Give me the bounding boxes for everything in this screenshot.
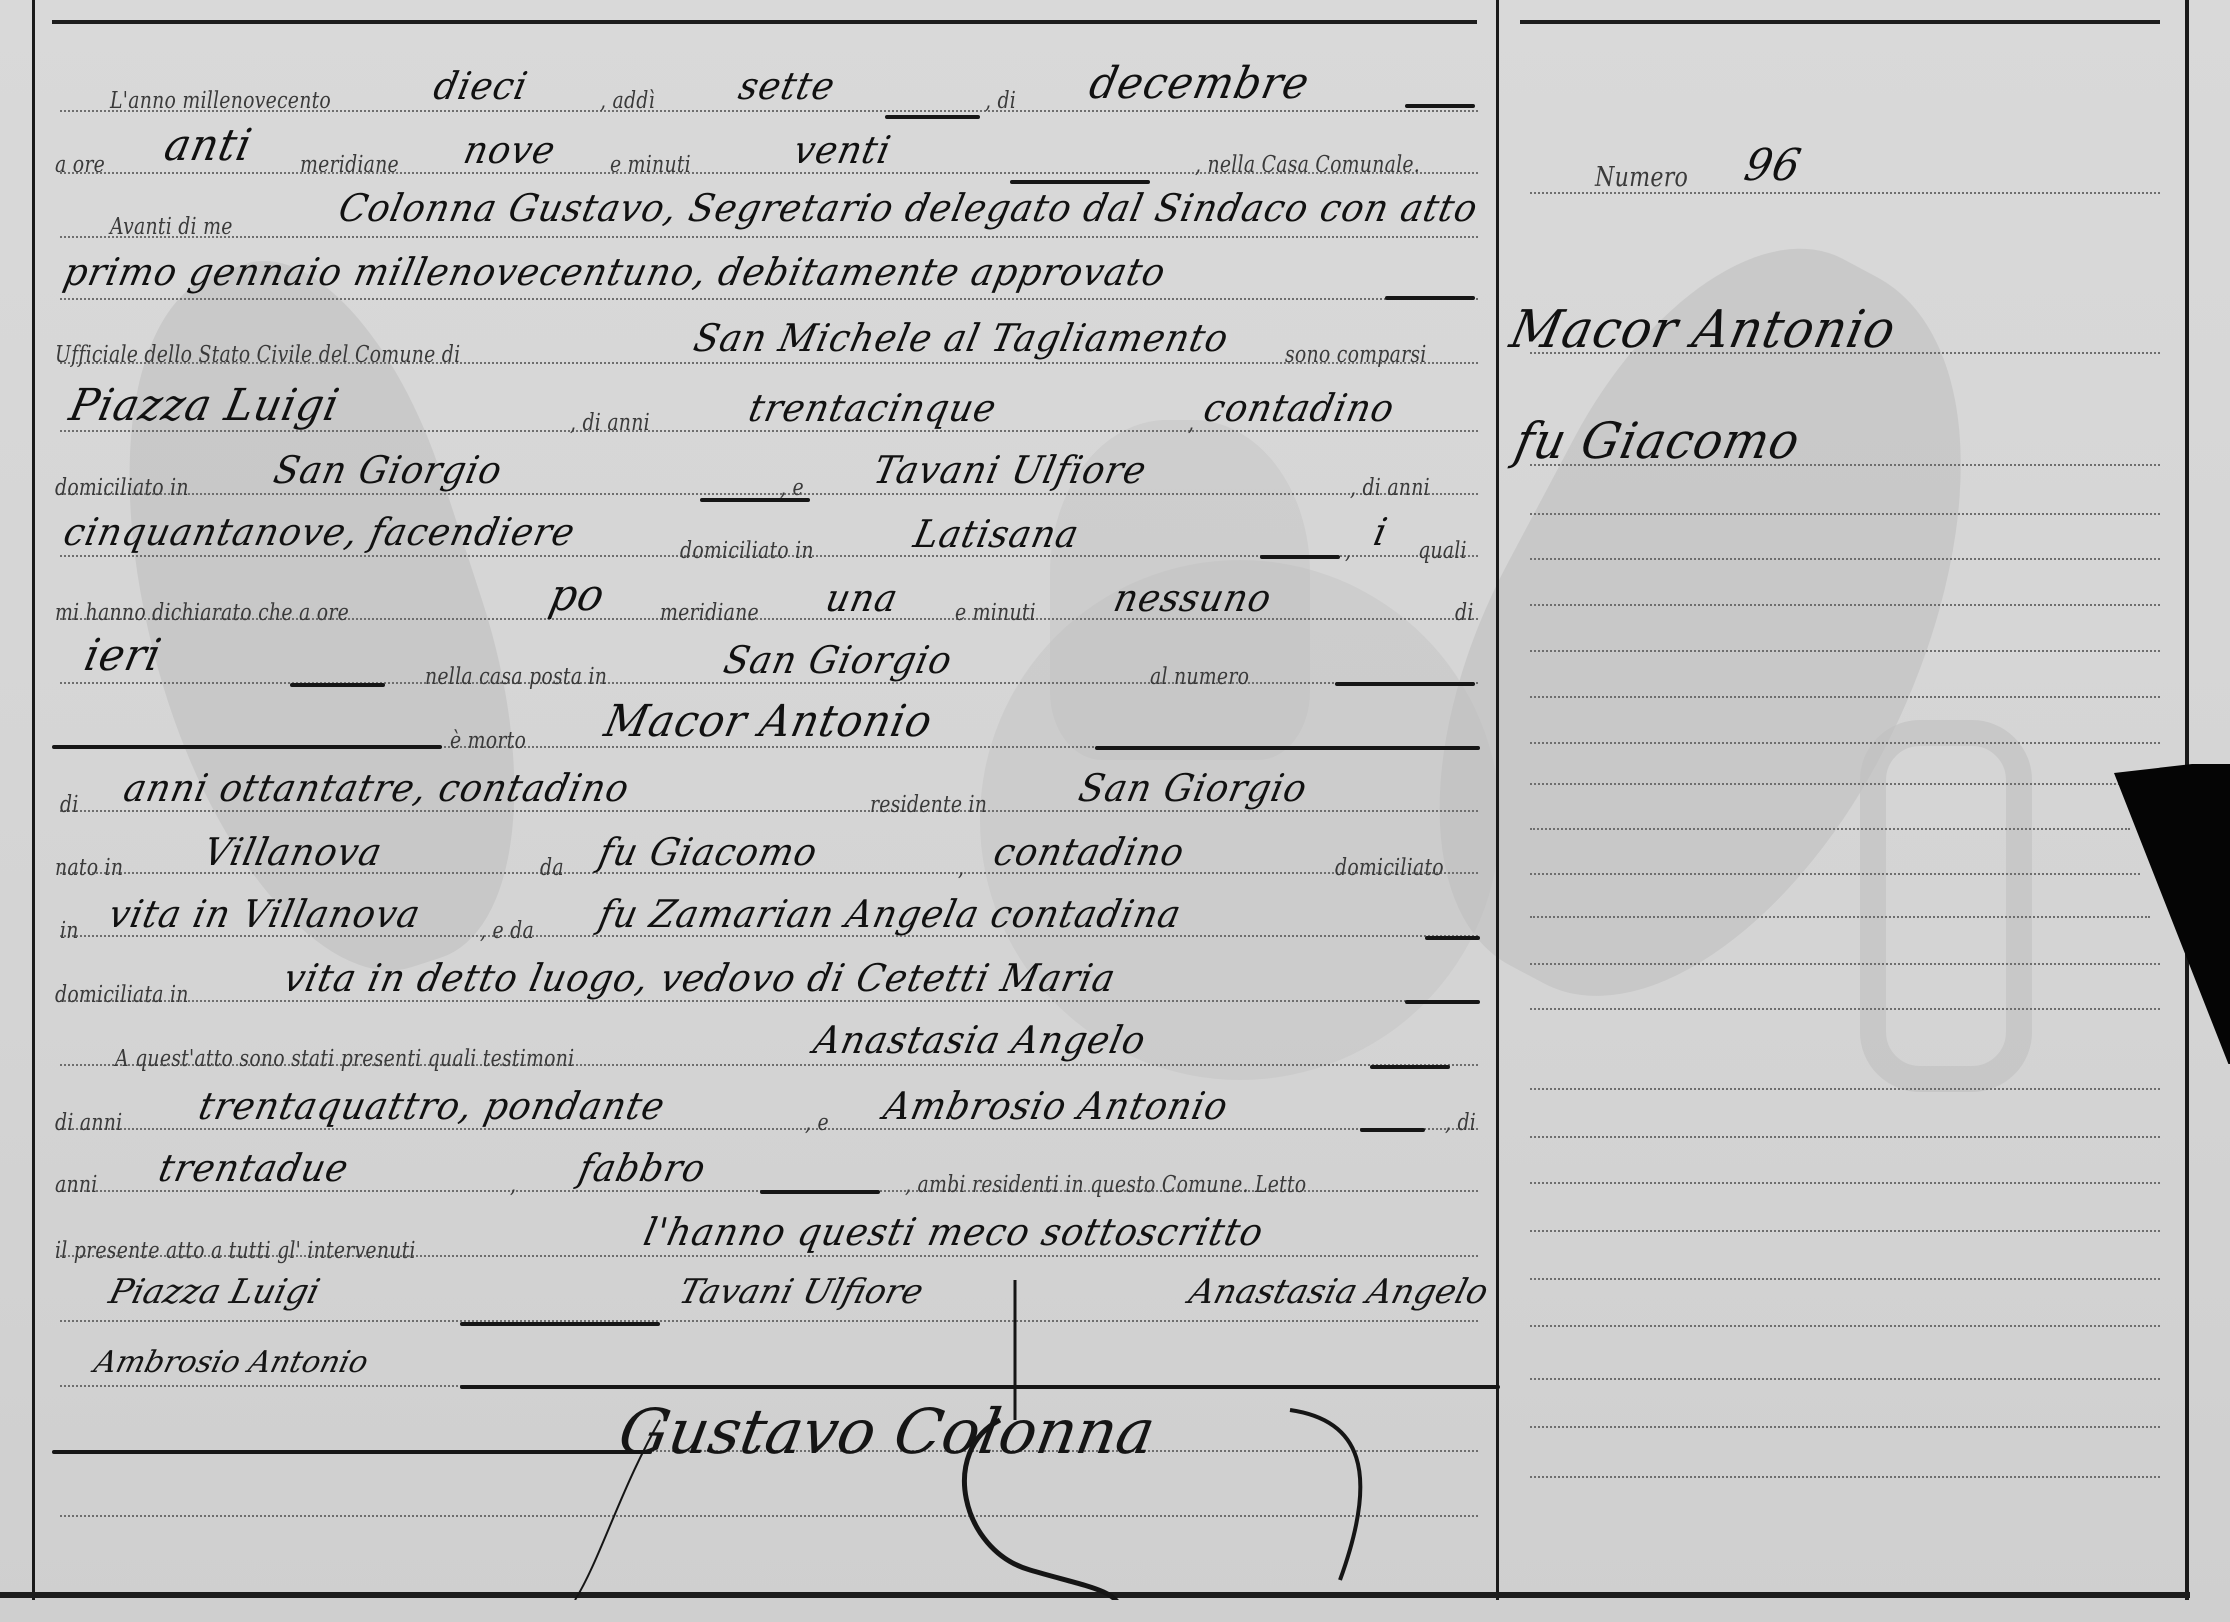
- label-e-morto: è morto: [450, 728, 526, 754]
- hw-declarant-1-place: San Giorgio: [270, 448, 507, 492]
- label-di-2: di: [1455, 600, 1474, 626]
- label-avanti-di-me: Avanti di me: [110, 214, 233, 240]
- label-casa-comunale: , nella Casa Comunale.: [1195, 152, 1420, 178]
- label-testimoni: A quest'atto sono stati presenti quali t…: [115, 1046, 574, 1072]
- hw-year: dieci: [430, 64, 532, 108]
- record-number: 96: [1740, 140, 1806, 191]
- label-di-3: di: [60, 792, 79, 818]
- hw-day: sette: [735, 64, 839, 108]
- label-e-minuti: e minuti: [610, 152, 691, 178]
- hw-mother: fu Zamarian Angela contadina: [595, 892, 1185, 936]
- label-quali: quali: [1418, 538, 1467, 564]
- hw-declarant-2-age-job: cinquantanove, facendiere: [60, 510, 579, 554]
- signature-declarant-1: Piazza Luigi: [105, 1272, 324, 1312]
- signature-flourish: [560, 1270, 1460, 1600]
- hw-declarant-1-job: contadino: [1200, 386, 1399, 430]
- label-di: , di: [985, 88, 1016, 114]
- hw-declarant-1-age: trentacinque: [745, 386, 1001, 430]
- label-comma-2: ,: [1345, 538, 1351, 564]
- hw-mother-domicile-spouse: vita in detto luogo, vedovo di Cetetti M…: [280, 956, 1120, 1000]
- hw-delegation-date: primo gennaio millenovecentuno, debitame…: [60, 250, 1170, 294]
- hw-anti: anti: [160, 120, 257, 171]
- label-di-anni-3: di anni: [55, 1110, 122, 1136]
- label-da: da: [540, 855, 564, 881]
- label-dichiarato: mi hanno dichiarato che a ore: [55, 600, 349, 626]
- label-domiciliato-in: domiciliato in: [55, 475, 189, 501]
- hw-witness-2: Ambrosio Antonio: [880, 1084, 1232, 1128]
- hw-month: decembre: [1085, 58, 1314, 109]
- label-domiciliata-in: domiciliata in: [55, 982, 189, 1008]
- label-ambi-residenti: , ambi residenti in questo Comune. Letto: [905, 1172, 1306, 1198]
- hw-death-place: San Giorgio: [720, 638, 957, 682]
- hw-sottoscritto: l'hanno questi meco sottoscritto: [640, 1210, 1268, 1254]
- hw-declarant-1: Piazza Luigi: [65, 380, 344, 431]
- hw-po: po: [545, 570, 610, 621]
- hw-comune: San Michele al Tagliamento: [690, 316, 1233, 360]
- label-comma-4: ,: [510, 1172, 516, 1198]
- hw-deceased-name: Macor Antonio: [600, 696, 937, 747]
- label-anno: L'anno millenovecento: [110, 88, 331, 114]
- binder-clip: [2114, 764, 2230, 1064]
- label-e-da: , e da: [480, 918, 534, 944]
- label-in: in: [60, 918, 79, 944]
- label-ufficiale: Ufficiale dello Stato Civile del Comune …: [55, 342, 460, 368]
- hw-residence: San Giorgio: [1075, 766, 1312, 810]
- label-di-4: , di: [1445, 1110, 1476, 1136]
- margin-father-name: fu Giacomo: [1510, 412, 1805, 470]
- label-domiciliato-2: domiciliato: [1335, 855, 1444, 881]
- hw-minutes: venti: [790, 128, 895, 172]
- label-e: , e: [780, 475, 804, 501]
- label-nato-in: nato in: [55, 855, 123, 881]
- label-di-anni: , di anni: [570, 410, 650, 436]
- label-addi: , addì: [600, 88, 655, 114]
- label-residente-in: residente in: [870, 792, 987, 818]
- hw-witness-2-age: trentadue: [155, 1146, 353, 1190]
- label-domiciliato-in-2: domiciliato in: [680, 538, 814, 564]
- hw-birthplace: Villanova: [200, 830, 386, 874]
- label-numero: Numero: [1595, 162, 1688, 193]
- hw-deceased-age-job: anni ottantatre, contadino: [120, 766, 634, 810]
- label-presente-atto: il presente atto a tutti gl' intervenuti: [55, 1238, 416, 1264]
- hw-witness-2-job: fabbro: [575, 1146, 710, 1190]
- hw-declarant-2: Tavani Ulfiore: [870, 448, 1151, 492]
- watermark-lion-tail: [1860, 720, 2032, 1092]
- hw-father-job: contadino: [990, 830, 1189, 874]
- document-page: L'anno millenovecento dieci , addì sette…: [0, 0, 2230, 1622]
- label-meridiane-2: meridiane: [660, 600, 759, 626]
- label-comma-3: ,: [958, 855, 964, 881]
- label-e-minuti-2: e minuti: [955, 600, 1036, 626]
- top-rule-right: [1520, 20, 2160, 24]
- hw-death-hour: una: [822, 576, 902, 620]
- label-casa-posta-in: nella casa posta in: [425, 664, 607, 690]
- hw-ieri: ieri: [80, 630, 166, 681]
- hw-father: fu Giacomo: [595, 830, 822, 874]
- top-rule-left: [52, 20, 1477, 24]
- hw-father-domicile: vita in Villanova: [105, 892, 425, 936]
- column-divider: [1496, 0, 1499, 1600]
- margin-deceased-name: Macor Antonio: [1505, 300, 1901, 360]
- label-meridiane: meridiane: [300, 152, 399, 178]
- label-comma: ,: [1188, 410, 1194, 436]
- hw-officer-delegation: Colonna Gustavo, Segretario delegato dal…: [335, 186, 1482, 230]
- hw-i: i: [1370, 510, 1392, 554]
- hw-hour: nove: [460, 128, 560, 172]
- label-sono-comparsi: sono comparsi: [1285, 342, 1427, 368]
- label-e-2: , e: [805, 1110, 829, 1136]
- hw-witness-1: Anastasia Angelo: [810, 1018, 1150, 1062]
- label-di-anni-2: , di anni: [1350, 475, 1430, 501]
- hw-witness-1-age-job: trentaquattro, pondante: [195, 1084, 669, 1128]
- signature-witness-2: Ambrosio Antonio: [91, 1345, 372, 1380]
- label-a-ore: a ore: [55, 152, 105, 178]
- label-anni: anni: [55, 1172, 98, 1198]
- left-border: [32, 0, 35, 1600]
- hw-declarant-2-place: Latisana: [910, 512, 1083, 556]
- hw-death-minutes: nessuno: [1110, 576, 1276, 620]
- label-al-numero: al numero: [1150, 664, 1249, 690]
